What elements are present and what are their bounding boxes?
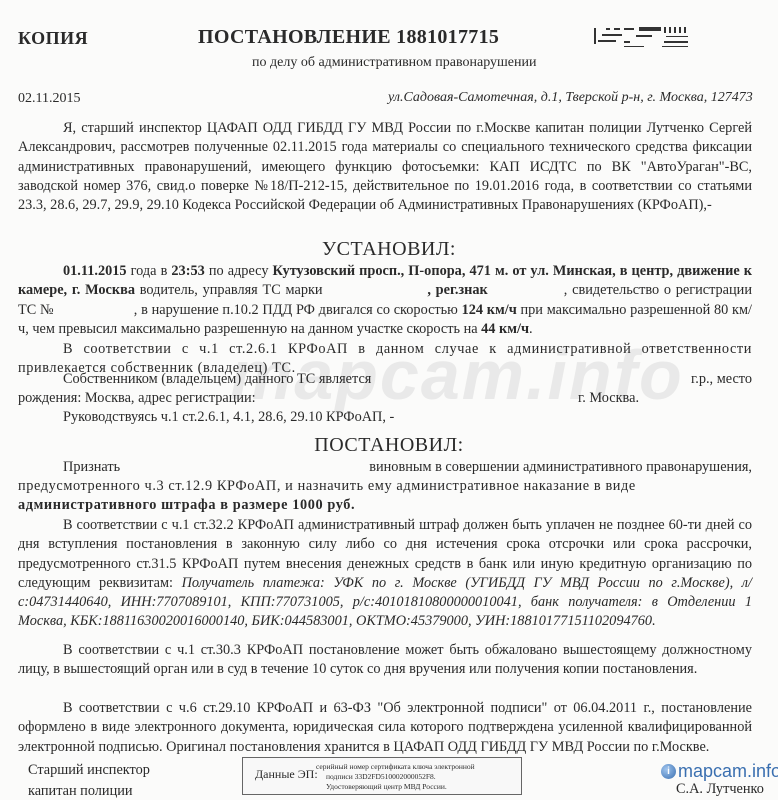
text: В соответствии с ч.1 ст.30.3 КРФоАП пост… xyxy=(18,642,752,677)
appeal-paragraph: В соответствии с ч.1 ст.30.3 КРФоАП пост… xyxy=(18,641,752,680)
text: Собственником (владельцем) данного ТС яв… xyxy=(63,371,371,387)
signer-name: С.А. Лутченко xyxy=(676,781,764,798)
document-date: 02.11.2015 xyxy=(18,91,80,107)
fine-amount: административного штрафа в размере 1000 … xyxy=(18,497,355,513)
mapcam-logo: imapcam.info xyxy=(661,761,778,782)
text: года в xyxy=(127,263,172,279)
esignature-details: серийный номер сертификата ключа электро… xyxy=(316,762,516,792)
intro-text: Я, старший инспектор ЦАФАП ОДД ГИБДД ГУ … xyxy=(18,120,752,213)
certificate-line: серийный номер сертификата ключа электро… xyxy=(316,762,516,772)
certificate-serial: подписи 33D2FD510002000052F8. xyxy=(316,772,516,782)
copy-label: КОПИЯ xyxy=(18,28,88,49)
text: виновным в совершении административного … xyxy=(369,458,752,477)
speed-excess: 44 км/ч xyxy=(481,321,529,337)
text: предусмотренного ч.3 ст.12.9 КРФоАП, и н… xyxy=(18,478,636,494)
owner-line: Собственником (владельцем) данного ТС яв… xyxy=(18,370,752,389)
text: по адресу xyxy=(205,263,273,279)
document-subtitle: по делу об административном правонарушен… xyxy=(252,55,536,71)
fine-line: административного штрафа в размере 1000 … xyxy=(18,496,752,515)
esignature-label: Данные ЭП: xyxy=(255,767,318,782)
document-title: ПОСТАНОВЛЕНИЕ 1881017715 xyxy=(198,26,499,49)
text: Признать xyxy=(63,459,120,475)
payment-paragraph: В соответствии с ч.1 ст.32.2 КРФоАП адми… xyxy=(18,516,752,632)
text: г. Москва. xyxy=(578,389,639,408)
guilty-line: Признатьвиновным в совершении администра… xyxy=(18,458,752,477)
owner-address-line: рождения: Москва, адрес регистрации:г. М… xyxy=(18,389,752,408)
text: В соответствии с ч.6 ст.29.10 КРФоАП и 6… xyxy=(18,700,752,755)
barcode xyxy=(594,24,694,52)
guided-by-line: Руководствуясь ч.1 ст.2.6.1, 4.1, 28.6, … xyxy=(18,408,752,427)
text: , в нарушение п.10.2 ПДД РФ двигался со … xyxy=(134,302,462,318)
text: , рег.знак xyxy=(427,282,487,298)
violation-paragraph: 01.11.2015 года в 23:53 по адресу Кутузо… xyxy=(18,262,752,339)
penalty-line: предусмотренного ч.3 ст.12.9 КРФоАП, и н… xyxy=(18,477,752,496)
text: Руководствуясь ч.1 ст.2.6.1, 4.1, 28.6, … xyxy=(63,409,394,425)
text: . xyxy=(529,321,533,337)
logo-text: mapcam.info xyxy=(678,761,778,782)
resolved-heading: ПОСТАНОВИЛ: xyxy=(0,434,778,457)
violation-date: 01.11.2015 xyxy=(63,263,127,279)
text: рождения: Москва, адрес регистрации: xyxy=(18,390,256,406)
text: водитель, управляя ТС марки xyxy=(135,282,327,298)
info-icon: i xyxy=(661,764,676,779)
esignature-paragraph: В соответствии с ч.6 ст.29.10 КРФоАП и 6… xyxy=(18,699,752,757)
issuer-address: ул.Садовая-Самотечная, д.1, Тверской р-н… xyxy=(388,90,753,106)
esignature-data-box: Данные ЭП: серийный номер сертификата кл… xyxy=(242,757,522,795)
established-heading: УСТАНОВИЛ: xyxy=(0,238,778,261)
recorded-speed: 124 км/ч xyxy=(462,302,517,318)
text: г.р., место xyxy=(691,370,752,389)
violation-time: 23:53 xyxy=(171,263,204,279)
signer-rank: капитан полиции xyxy=(28,783,133,800)
intro-paragraph: Я, старший инспектор ЦАФАП ОДД ГИБДД ГУ … xyxy=(18,119,752,215)
certificate-authority: Удостоверяющий центр МВД России. xyxy=(316,782,516,792)
signer-position: Старший инспектор xyxy=(28,762,150,779)
